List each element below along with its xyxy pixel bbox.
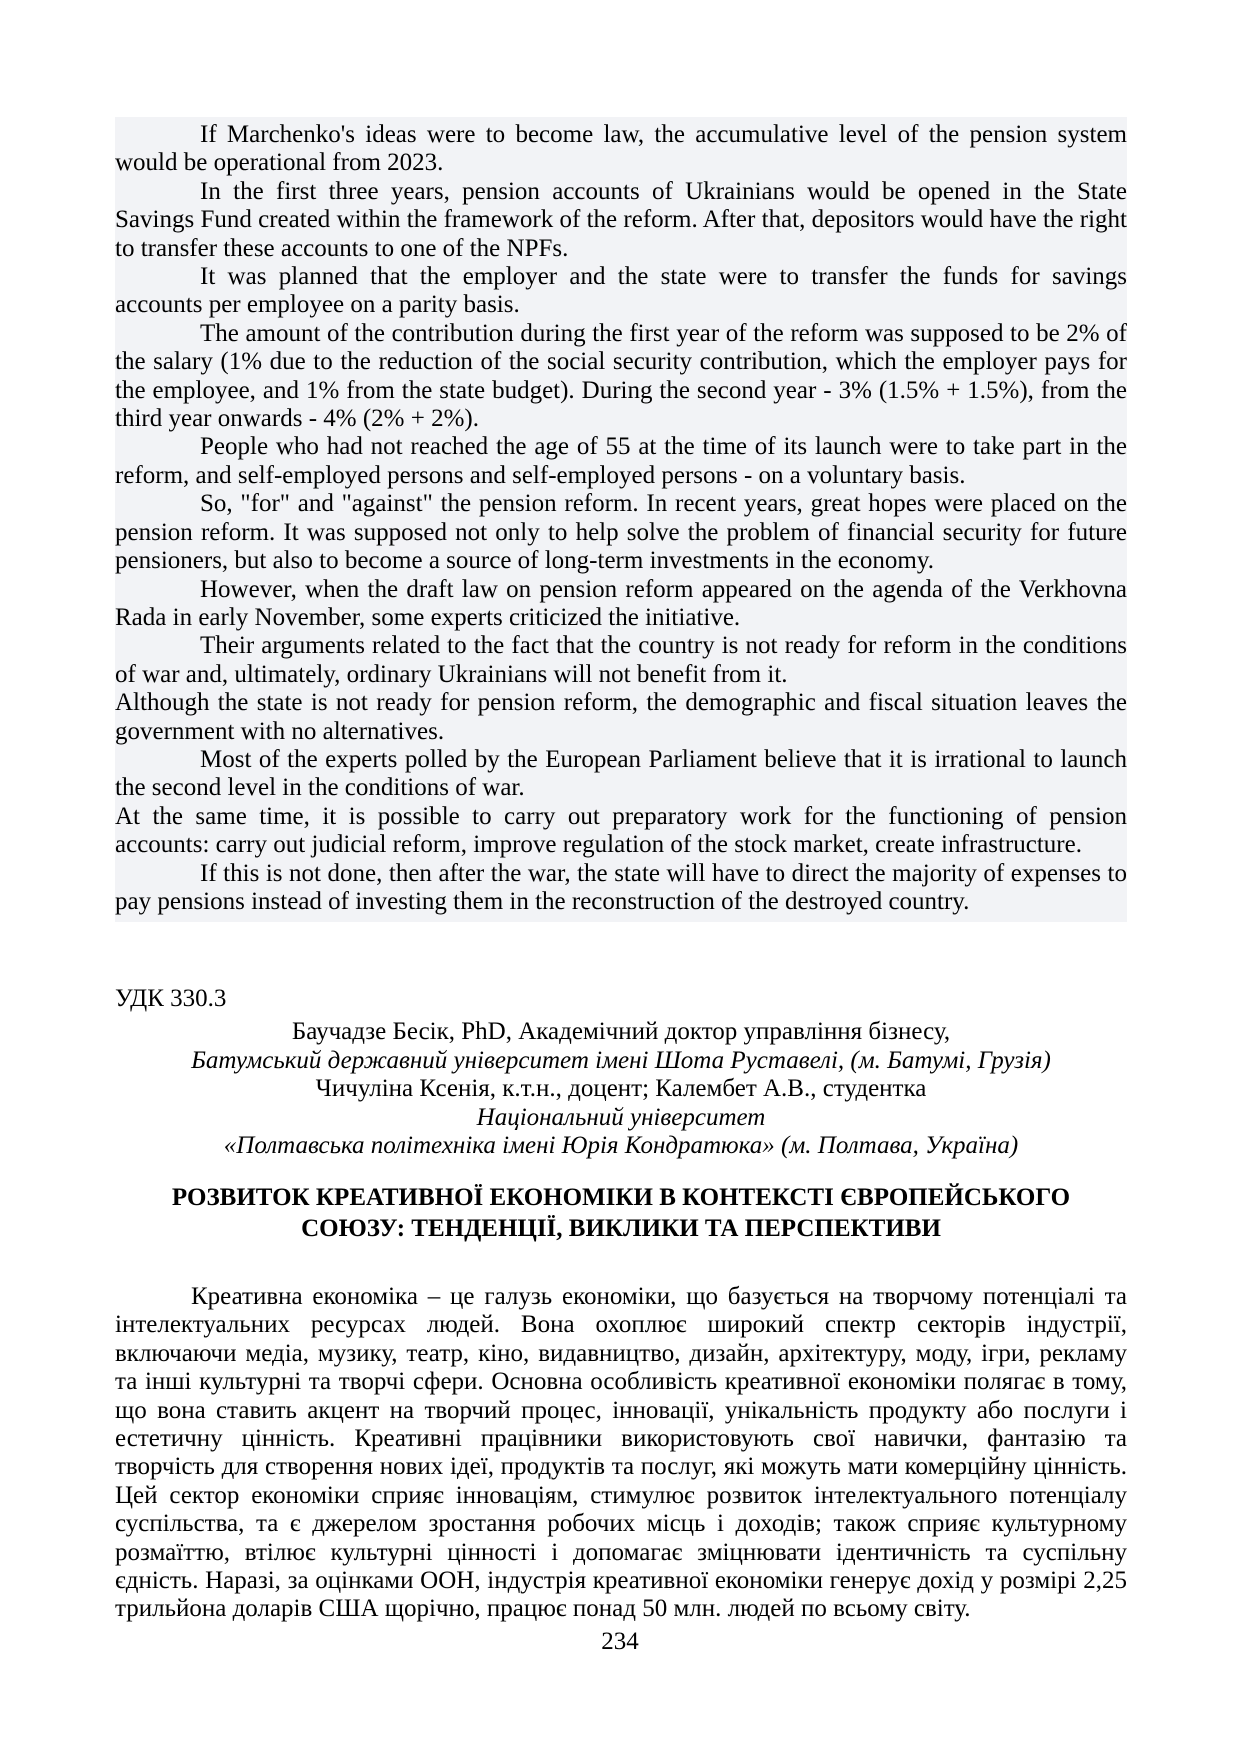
article-title: РОЗВИТОК КРЕАТИВНОЇ ЕКОНОМІКИ В КОНТЕКСТ… [115,1183,1127,1244]
highlighted-text-block: If Marchenko's ideas were to become law,… [115,117,1127,922]
article-title-line1: РОЗВИТОК КРЕАТИВНОЇ ЕКОНОМІКИ В КОНТЕКСТ… [115,1183,1127,1214]
author-affiliation-line: Батумський державний університет імені Ш… [115,1047,1127,1076]
document-page: If Marchenko's ideas were to become law,… [0,0,1240,1754]
english-paragraph: So, "for" and "against" the pension refo… [115,490,1127,575]
udc-code: УДК 330.3 [115,984,226,1013]
author-affiliation-line: Національний університет [115,1104,1127,1133]
english-paragraph: It was planned that the employer and the… [115,263,1127,320]
english-paragraph: The amount of the contribution during th… [115,320,1127,434]
english-paragraph: If Marchenko's ideas were to become law,… [115,121,1127,178]
author-name-line: Баучадзе Бесік, PhD, Академічний доктор … [115,1018,1127,1047]
author-affiliation-line: «Полтавська політехніка імені Юрія Кондр… [115,1132,1127,1161]
page-number: 234 [0,1628,1240,1656]
english-paragraph: In the first three years, pension accoun… [115,178,1127,263]
english-paragraph: At the same time, it is possible to carr… [115,803,1127,860]
english-paragraph: Their arguments related to the fact that… [115,632,1127,689]
english-paragraph: People who had not reached the age of 55… [115,433,1127,490]
author-block: Баучадзе Бесік, PhD, Академічний доктор … [115,1018,1127,1161]
english-paragraph: If this is not done, then after the war,… [115,860,1127,917]
english-paragraph: Most of the experts polled by the Europe… [115,746,1127,803]
english-paragraph: However, when the draft law on pension r… [115,576,1127,633]
author-name-line: Чичуліна Ксенія, к.т.н., доцент; Калембе… [115,1075,1127,1104]
english-paragraph: Although the state is not ready for pens… [115,689,1127,746]
body-paragraph: Креативна економіка – це галузь економік… [115,1283,1127,1624]
article-title-line2: СОЮЗУ: ТЕНДЕНЦІЇ, ВИКЛИКИ ТА ПЕРСПЕКТИВИ [115,1214,1127,1245]
